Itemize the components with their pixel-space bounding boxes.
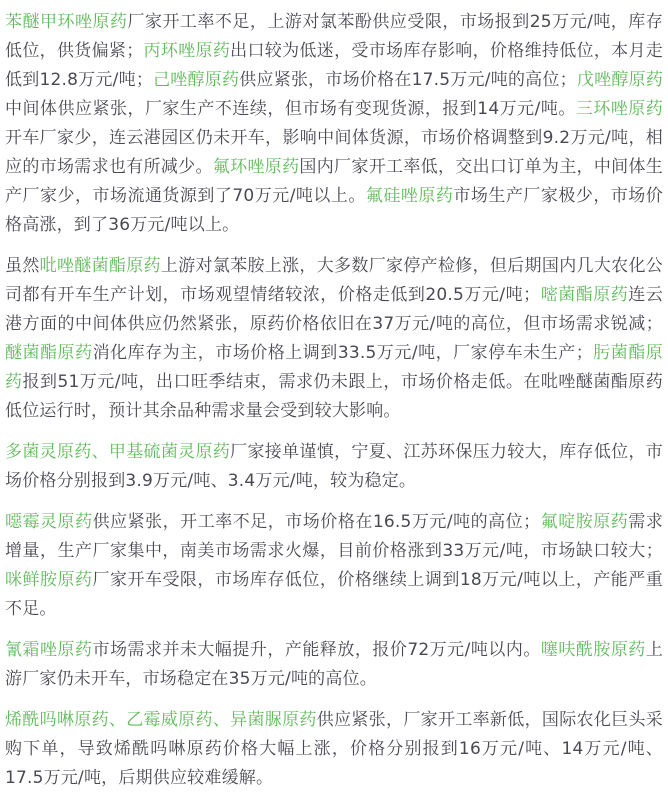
product-name-highlight: 烯酰吗啉原药、乙霉威原药、异菌脲原药 [5,710,317,730]
product-name-highlight: 醚菌酯原药 [5,343,93,363]
product-name-highlight: 戊唑醇原药 [577,70,663,90]
product-name-highlight: 氟啶胺原药 [540,512,628,532]
product-name-highlight: 丙环唑原药 [143,41,230,61]
product-name-highlight: 吡唑醚菌酯原药 [40,256,161,276]
product-name-highlight: 苯醚甲环唑原药 [5,12,127,32]
body-text: 虽然 [5,256,40,276]
product-name-highlight: 噻呋酰胺原药 [541,640,646,660]
body-text: 供应紧张，市场价格在17.5万元/吨的高位； [239,70,577,90]
product-name-highlight: 嘧菌酯原药 [540,285,628,305]
body-text: 市场需求并未大幅提升，产能释放，报价72万元/吨以内。 [92,640,540,660]
product-name-highlight: 多菌灵原药、甲基硫菌灵原药 [5,442,230,462]
paragraph: 噁霉灵原药供应紧张，开工率不足，市场价格在16.5万元/吨的高位；氟啶胺原药需求… [5,508,663,624]
product-name-highlight: 氰霜唑原药 [5,640,92,660]
product-name-highlight: 三环唑原药 [576,99,663,119]
product-name-highlight: 咪鲜胺原药 [5,570,92,590]
product-name-highlight: 氟环唑原药 [213,157,300,177]
paragraph: 氰霜唑原药市场需求并未大幅提升，产能释放，报价72万元/吨以内。噻呋酰胺原药上游… [5,636,663,694]
paragraph: 多菌灵原药、甲基硫菌灵原药厂家接单谨慎，宁夏、江苏环保压力较大，库存低位，市场价… [5,438,663,496]
paragraph: 虽然吡唑醚菌酯原药上游对氯苯胺上涨，大多数厂家停产检修，但后期国内几大农化公司都… [5,252,663,426]
body-text: 消化库存为主，市场价格上调到33.5万元/吨，厂家停车未生产； [93,343,593,363]
paragraph: 烯酰吗啉原药、乙霉威原药、异菌脲原药供应紧张，厂家开工率新低，国际农化巨头采购下… [5,706,663,793]
body-text: 报到51万元/吨，出口旺季结束，需求仍未跟上，市场价格走低。在吡唑醚菌酯原药低位… [5,372,663,421]
body-text: 供应紧张，开工率不足，市场价格在16.5万元/吨的高位； [93,512,541,532]
market-report-article: 苯醚甲环唑原药厂家开工率不足，上游对氯苯酚供应受限，市场报到25万元/吨，库存低… [0,0,668,803]
product-name-highlight: 噁霉灵原药 [5,512,93,532]
paragraph: 苯醚甲环唑原药厂家开工率不足，上游对氯苯酚供应受限，市场报到25万元/吨，库存低… [5,8,663,240]
body-text: 厂家开车受限，市场库存低位，价格继续上调到18万元/吨以上，产能严重不足。 [5,570,663,619]
product-name-highlight: 己唑醇原药 [153,70,239,90]
body-text: 中间体供应紧张，厂家生产不连续，但市场有变现货源，报到14万元/吨。 [5,99,576,119]
product-name-highlight: 氟硅唑原药 [366,186,453,206]
